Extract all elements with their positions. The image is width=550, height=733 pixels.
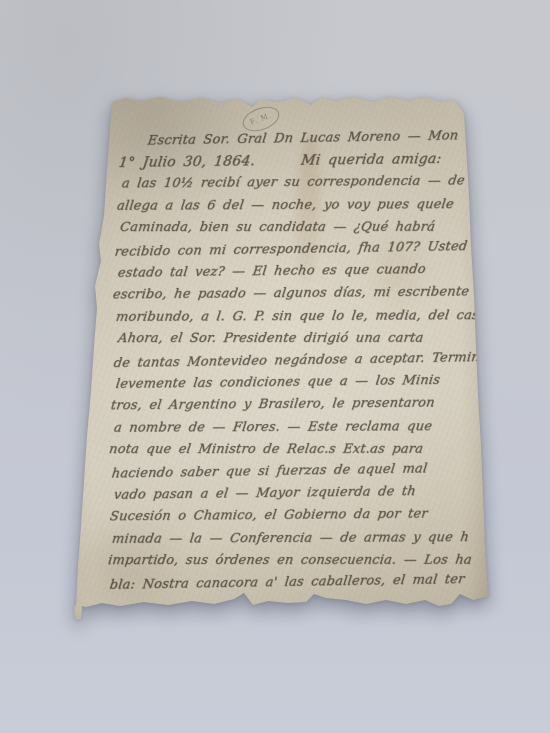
letter-line: escribo, he pasado — algunos días, mi es… xyxy=(112,284,471,305)
letter-line: vado pasan a el — Mayor izquierda de th xyxy=(113,483,417,505)
letter-paper: F. M. Escrita Sor. Gral Dn Lucas Moreno … xyxy=(68,76,496,628)
letter-line: de tantas Montevideo negándose a aceptar… xyxy=(112,349,497,373)
paper-crease xyxy=(433,65,484,105)
letter-line: Escrita Sor. Gral Dn Lucas Moreno — Mon xyxy=(147,127,460,150)
letter-line: bla: Nostra canacora a' las caballeros, … xyxy=(108,571,465,595)
letter-line: levemente las condiciones que a — los Mi… xyxy=(115,372,442,394)
letter-line: a las 10½ recibí ayer su correspondencia… xyxy=(121,173,466,194)
letter-line: recibido con mi correspondencia, fha 107… xyxy=(114,238,469,262)
letter-line: estado tal vez? — El hecho es que cuando xyxy=(116,261,426,283)
letter-line: 1° Julio 30, 1864. Mi querida amiga: xyxy=(118,150,443,172)
letter-line: moribundo, a l. G. P. sin que lo le, med… xyxy=(114,307,512,327)
letter-line: impartido, sus órdenes en consecuencia. … xyxy=(106,552,472,570)
letter-line: minada — la — Conferencia — de armas y q… xyxy=(111,529,470,549)
letter-paper-wrapper: F. M. Escrita Sor. Gral Dn Lucas Moreno … xyxy=(68,76,496,628)
letter-line: Caminada, bien su candidata — ¿Qué habrá xyxy=(119,219,436,237)
letter-line: Ahora, el Sor. Presidente dirigió una ca… xyxy=(117,330,425,348)
letter-line: Sucesión o Chamico, el Gobierno da por t… xyxy=(108,506,428,527)
photo-background: F. M. Escrita Sor. Gral Dn Lucas Moreno … xyxy=(0,0,550,733)
letter-line: allega a las 6 del — noche, yo voy pues … xyxy=(116,196,455,216)
letter-line: tros, el Argentino y Brasilero, le prese… xyxy=(110,395,436,416)
letter-text: Escrita Sor. Gral Dn Lucas Moreno — Mon1… xyxy=(68,76,496,628)
letter-line: haciendo saber que si fuerzas de aquel m… xyxy=(110,460,428,483)
stain xyxy=(282,86,293,95)
letter-line: a nombre de — Flores. — Este reclama que xyxy=(113,418,434,438)
letter-line: nota que el Ministro de Relac.s Ext.as p… xyxy=(108,441,425,459)
